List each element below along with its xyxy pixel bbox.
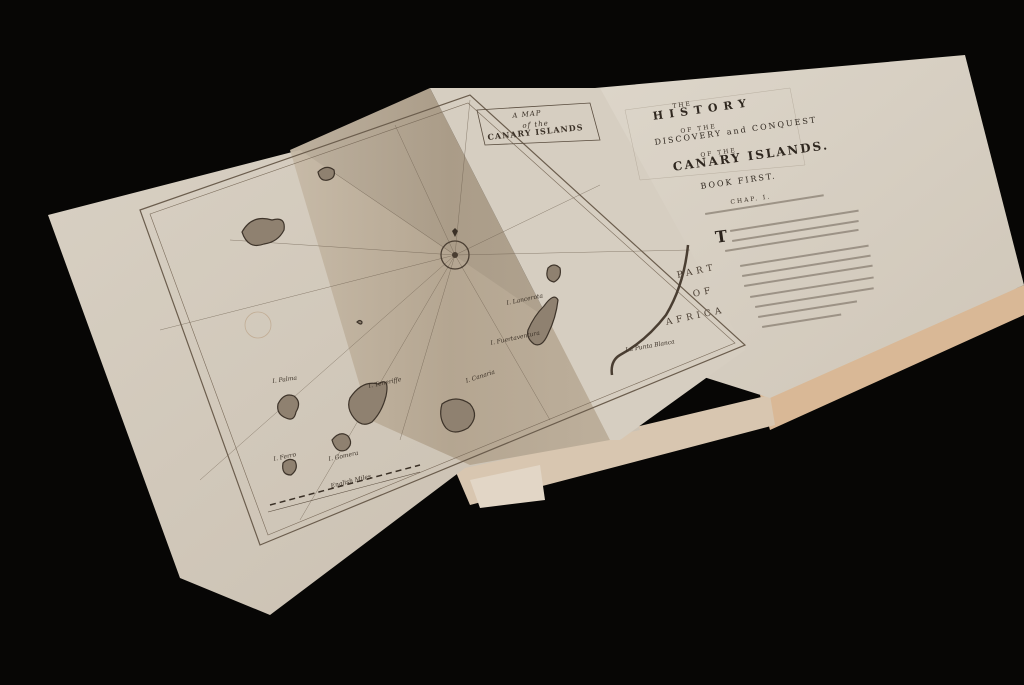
photo-scene: A MAP of the CANARY ISLANDS I. Palma I. … [0, 0, 1024, 685]
page-drop-cap: T [714, 226, 728, 246]
book-illustration [0, 0, 1024, 685]
